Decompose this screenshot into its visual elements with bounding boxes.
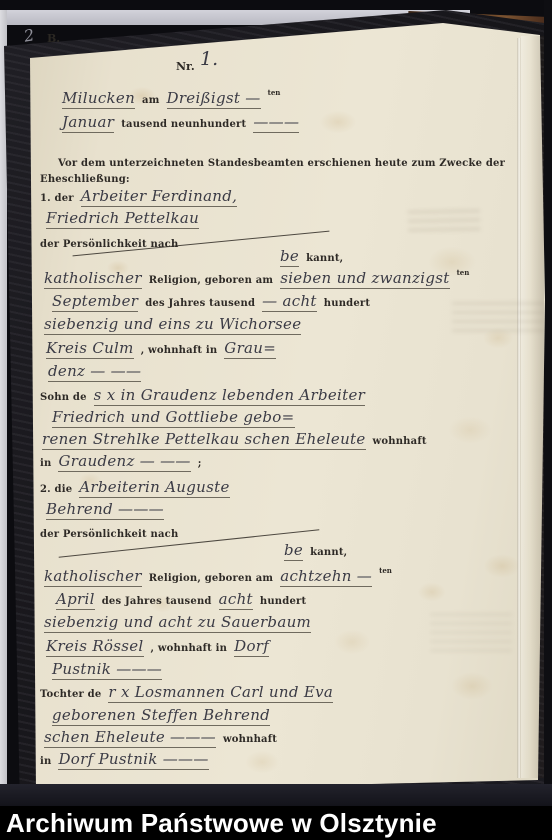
printed-form-text: Religion, geboren am: [149, 573, 273, 584]
form-line: geborenen Steffen Behrend: [52, 705, 277, 724]
printed-form-text: wohnhaft: [373, 436, 427, 447]
handwritten-entry: Pustnik ———: [52, 660, 162, 680]
handwritten-entry: Kreis Rössel: [46, 637, 144, 657]
form-line: inDorf Pustnik ———: [40, 749, 216, 768]
handwritten-entry: Grau=: [224, 339, 276, 359]
handwritten-entry: Arbeiter Ferdinand,: [81, 187, 238, 207]
form-line: schen Eheleute ———wohnhaft: [44, 727, 284, 746]
printed-form-text: wohnhaft: [223, 734, 277, 745]
pencil-page-number: 2: [22, 25, 35, 45]
form-line: bekannt,: [284, 540, 354, 559]
printed-form-text: in: [40, 756, 51, 767]
printed-form-text: des Jahres tausend: [102, 596, 212, 607]
handwritten-entry: Friedrich und Gottliebe gebo=: [52, 408, 295, 428]
printed-form-text: Tochter de: [40, 689, 101, 700]
printed-form-text: ;: [198, 458, 202, 469]
form-line: denz — ——: [48, 361, 148, 380]
form-line: MiluckenamDreißigst —ten: [62, 88, 280, 107]
form-line: siebenzig und eins zu Wichorsee: [44, 314, 308, 333]
printed-form-text: 1. der: [40, 193, 74, 204]
form-line: 1. derArbeiter Ferdinand,: [40, 186, 244, 205]
form-line: inGraudenz — ——;: [40, 451, 209, 470]
archive-banner: Archiwum Państwowe w Olsztynie: [0, 806, 552, 840]
form-line: Tochter der x Losmannen Carl und Eva: [40, 682, 340, 701]
printed-form-text: hundert: [324, 298, 370, 309]
handwritten-entry: Friedrich Pettelkau: [46, 209, 199, 229]
document-page-content: 2 B. Nr. 1. MiluckenamDreißigst —tenJanu…: [0, 0, 552, 840]
form-line: Kreis Culm, wohnhaft inGrau=: [46, 338, 283, 357]
printed-form-text: Eheschließung:: [40, 174, 130, 185]
form-line: Eheschließung:: [40, 167, 137, 186]
form-line: Friedrich und Gottliebe gebo=: [52, 407, 302, 426]
form-line: Friedrich Pettelkau: [46, 208, 206, 227]
form-section-letter: B.: [47, 32, 60, 45]
printed-form-text: , wohnhaft in: [151, 643, 228, 654]
printed-form-text: der Persönlichkeit nach: [40, 239, 178, 250]
printed-superscript: ten: [379, 566, 392, 575]
printed-form-text: des Jahres tausend: [145, 298, 255, 309]
form-line: der Persönlichkeit nach: [40, 232, 185, 251]
printed-form-text: tausend neunhundert: [121, 119, 246, 130]
form-line: bekannt,: [280, 246, 350, 265]
printed-form-text: 2. die: [40, 484, 72, 495]
printed-form-text: am: [142, 95, 159, 106]
printed-form-text: hundert: [260, 596, 306, 607]
printed-superscript: ten: [268, 88, 281, 97]
handwritten-entry: September: [52, 292, 138, 312]
form-line: Pustnik ———: [52, 659, 169, 678]
handwritten-entry: katholischer: [44, 567, 142, 587]
handwritten-entry: sieben und zwanzigst: [280, 269, 449, 289]
printed-form-text: kannt,: [306, 253, 343, 264]
printed-form-text: Religion, geboren am: [149, 275, 273, 286]
printed-form-text: kannt,: [310, 547, 347, 558]
form-line: der Persönlichkeit nach: [40, 522, 185, 541]
handwritten-entry: siebenzig und eins zu Wichorsee: [44, 315, 301, 335]
archive-banner-label: Archiwum Państwowe w Olsztynie: [6, 808, 437, 839]
handwritten-entry: schen Eheleute ———: [44, 728, 216, 748]
handwritten-entry: — acht: [262, 292, 317, 312]
printed-form-text: , wohnhaft in: [141, 345, 218, 356]
page-bottom-shadow: [0, 784, 552, 806]
handwritten-entry: be: [284, 541, 303, 561]
printed-form-text: der Persönlichkeit nach: [40, 529, 178, 540]
handwritten-entry: be: [280, 247, 299, 267]
form-line: Kreis Rössel, wohnhaft inDorf: [46, 636, 276, 655]
handwritten-entry: s x in Graudenz lebenden Arbeiter: [94, 386, 365, 406]
archival-scan: 2 B. Nr. 1. MiluckenamDreißigst —tenJanu…: [0, 0, 552, 840]
handwritten-entry: April: [56, 590, 95, 610]
record-number-label: Nr.: [176, 60, 195, 73]
form-line: Januartausend neunhundert———: [62, 112, 306, 131]
handwritten-entry: renen Strehlke Pettelkau schen Eheleute: [42, 430, 366, 450]
form-line: Septemberdes Jahres tausend— achthundert: [52, 291, 377, 310]
handwritten-entry: Dorf Pustnik ———: [58, 750, 208, 770]
handwritten-entry: siebenzig und acht zu Sauerbaum: [44, 613, 311, 633]
handwritten-entry: geborenen Steffen Behrend: [52, 706, 270, 726]
form-line: 2. dieArbeiterin Auguste: [40, 477, 237, 496]
record-number-value: 1.: [200, 48, 218, 70]
handwritten-entry: Milucken: [62, 89, 135, 109]
handwritten-entry: katholischer: [44, 269, 142, 289]
handwritten-entry: acht: [219, 590, 253, 610]
printed-superscript: ten: [457, 268, 470, 277]
handwritten-entry: Dorf: [234, 637, 269, 657]
printed-form-text: Sohn de: [40, 392, 87, 403]
handwritten-entry: achtzehn —: [280, 567, 372, 587]
handwritten-entry: Behrend ———: [46, 500, 164, 520]
handwritten-entry: Graudenz — ——: [58, 452, 190, 472]
form-line: katholischerReligion, geboren amsieben u…: [44, 268, 469, 287]
form-line: siebenzig und acht zu Sauerbaum: [44, 612, 318, 631]
handwritten-entry: Dreißigst —: [167, 89, 261, 109]
handwritten-entry: Kreis Culm: [46, 339, 134, 359]
form-line: Behrend ———: [46, 499, 171, 518]
printed-form-text: in: [40, 458, 51, 469]
form-line: Sohn des x in Graudenz lebenden Arbeiter: [40, 385, 372, 404]
form-line: renen Strehlke Pettelkau schen Eheleutew…: [42, 429, 434, 448]
handwritten-entry: r x Losmannen Carl und Eva: [108, 683, 333, 703]
handwritten-entry: ———: [253, 113, 299, 133]
form-line: katholischerReligion, geboren amachtzehn…: [44, 566, 392, 585]
handwritten-entry: Arbeiterin Auguste: [79, 478, 229, 498]
form-line: Aprildes Jahres tausendachthundert: [56, 589, 313, 608]
handwritten-entry: denz — ——: [48, 362, 141, 382]
handwritten-entry: Januar: [62, 113, 114, 133]
